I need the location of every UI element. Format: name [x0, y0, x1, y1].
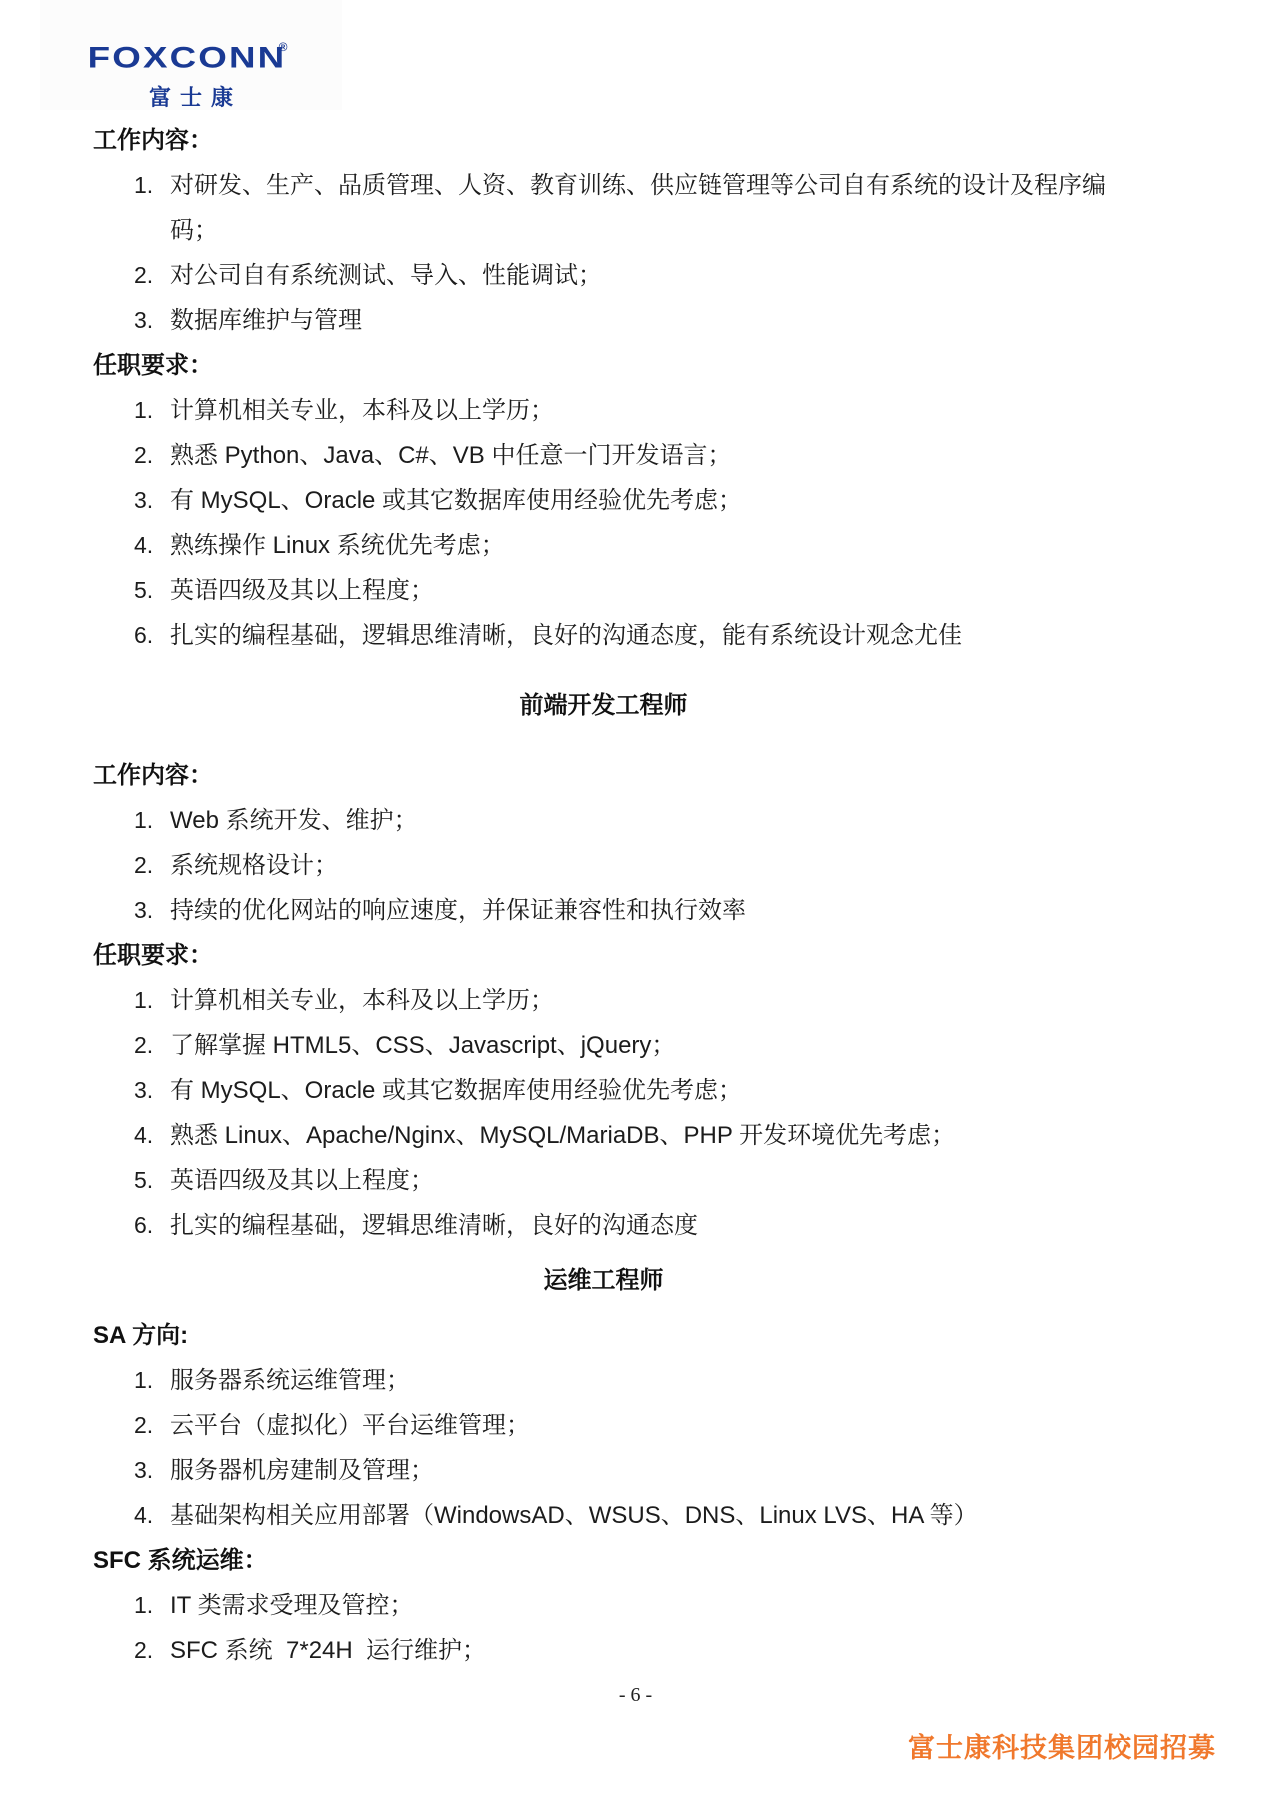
list-item: 对公司自有系统测试、导入、性能调试；	[170, 253, 1114, 298]
requirements-list-1: 计算机相关专业，本科及以上学历； 熟悉 Python、Java、C#、VB 中任…	[93, 388, 1114, 658]
list-item: 熟练操作 Linux 系统优先考虑；	[170, 523, 1114, 568]
sfc-list: IT 类需求受理及管控； SFC 系统 7*24H 运行维护；	[93, 1583, 1114, 1673]
document-page: FOXCONN® 富士康 工作内容： 对研发、生产、品质管理、人资、教育训练、供…	[0, 0, 1271, 1797]
list-item: 持续的优化网站的响应速度，并保证兼容性和执行效率	[170, 888, 1114, 933]
list-item: Web 系统开发、维护；	[170, 798, 1114, 843]
page-number: - 6 -	[0, 1684, 1271, 1707]
list-item: 有 MySQL、Oracle 或其它数据库使用经验优先考虑；	[170, 478, 1114, 523]
section-heading-work-2: 工作内容：	[93, 753, 1114, 798]
list-item: SFC 系统 7*24H 运行维护；	[170, 1628, 1114, 1673]
job-title-frontend-engineer: 前端开发工程师	[93, 683, 1114, 728]
section-heading-sa-direction: SA 方向:	[93, 1313, 1114, 1358]
section-heading-work-1: 工作内容：	[93, 118, 1114, 163]
list-item: 计算机相关专业，本科及以上学历；	[170, 388, 1114, 433]
list-item: 英语四级及其以上程度；	[170, 1158, 1114, 1203]
list-item: 基础架构相关应用部署（WindowsAD、WSUS、DNS、Linux LVS、…	[170, 1493, 1114, 1538]
list-item: 熟悉 Python、Java、C#、VB 中任意一门开发语言；	[170, 433, 1114, 478]
list-item: 计算机相关专业，本科及以上学历；	[170, 978, 1114, 1023]
list-item: IT 类需求受理及管控；	[170, 1583, 1114, 1628]
section-heading-requirements-2: 任职要求：	[93, 933, 1114, 978]
foxconn-logo: FOXCONN® 富士康	[40, 0, 342, 110]
list-item: 数据库维护与管理	[170, 298, 1114, 343]
foxconn-logo-row: FOXCONN®	[40, 32, 342, 80]
sa-list: 服务器系统运维管理； 云平台（虚拟化）平台运维管理； 服务器机房建制及管理； 基…	[93, 1358, 1114, 1538]
section-heading-requirements-1: 任职要求：	[93, 343, 1114, 388]
foxconn-wordmark: FOXCONN	[87, 45, 286, 71]
list-item: 有 MySQL、Oracle 或其它数据库使用经验优先考虑；	[170, 1068, 1114, 1113]
list-item: 对研发、生产、品质管理、人资、教育训练、供应链管理等公司自有系统的设计及程序编码…	[170, 163, 1114, 253]
list-item: 扎实的编程基础，逻辑思维清晰，良好的沟通态度	[170, 1203, 1114, 1248]
list-item: 云平台（虚拟化）平台运维管理；	[170, 1403, 1114, 1448]
section-heading-sfc-ops: SFC 系统运维：	[93, 1538, 1114, 1583]
list-item: 了解掌握 HTML5、CSS、Javascript、jQuery；	[170, 1023, 1114, 1068]
requirements-list-2: 计算机相关专业，本科及以上学历； 了解掌握 HTML5、CSS、Javascri…	[93, 978, 1114, 1248]
document-body: 工作内容： 对研发、生产、品质管理、人资、教育训练、供应链管理等公司自有系统的设…	[93, 118, 1114, 1673]
footer-brand-tagline: 富士康科技集团校园招募	[908, 1726, 1216, 1765]
list-item: 扎实的编程基础，逻辑思维清晰，良好的沟通态度，能有系统设计观念尤佳	[170, 613, 1114, 658]
work-list-2: Web 系统开发、维护； 系统规格设计； 持续的优化网站的响应速度，并保证兼容性…	[93, 798, 1114, 933]
list-item: 英语四级及其以上程度；	[170, 568, 1114, 613]
list-item: 服务器机房建制及管理；	[170, 1448, 1114, 1493]
foxconn-chinese-name: 富士康	[40, 81, 342, 112]
list-item: 熟悉 Linux、Apache/Nginx、MySQL/MariaDB、PHP …	[170, 1113, 1114, 1158]
list-item: 服务器系统运维管理；	[170, 1358, 1114, 1403]
job-title-ops-engineer: 运维工程师	[93, 1258, 1114, 1303]
work-list-1: 对研发、生产、品质管理、人资、教育训练、供应链管理等公司自有系统的设计及程序编码…	[93, 163, 1114, 343]
list-item: 系统规格设计；	[170, 843, 1114, 888]
